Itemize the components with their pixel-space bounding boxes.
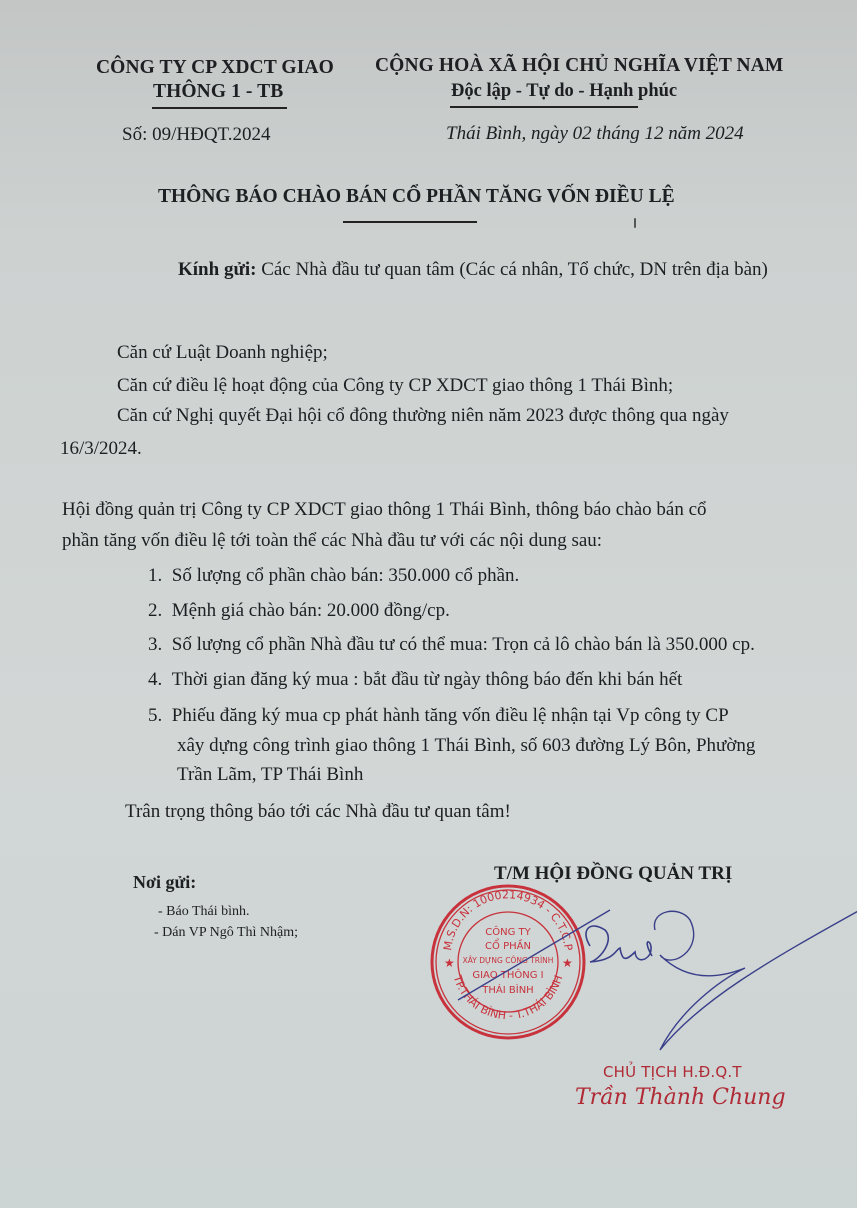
recipient-label: Kính gửi:: [178, 259, 256, 280]
document-number: Số: 09/HĐQT.2024: [122, 124, 270, 146]
list-item: 1. Số lượng cổ phần chào bán: 350.000 cổ…: [148, 565, 519, 587]
list-item: 2. Mệnh giá chào bán: 20.000 đồng/cp.: [148, 600, 450, 622]
document-title: THÔNG BÁO CHÀO BÁN CỔ PHẦN TĂNG VỐN ĐIỀU…: [158, 186, 675, 208]
recipient-line: Kính gửi: Các Nhà đầu tư quan tâm (Các c…: [178, 259, 768, 281]
intro-line-1: Hội đồng quản trị Công ty CP XDCT giao t…: [62, 499, 707, 521]
list-item-cont: xây dựng công trình giao thông 1 Thái Bì…: [177, 735, 755, 757]
basis-3-cont: 16/3/2024.: [60, 438, 142, 460]
intro-line-2: phần tăng vốn điều lệ tới toàn thể các N…: [62, 530, 602, 552]
place-date: Thái Bình, ngày 02 tháng 12 năm 2024: [446, 123, 744, 145]
nation-motto: Độc lập - Tự do - Hạnh phúc: [451, 81, 677, 102]
list-item-cont: Trần Lãm, TP Thái Bình: [177, 764, 363, 786]
handwritten-signature: [440, 890, 857, 1070]
list-item: 5. Phiếu đăng ký mua cp phát hành tăng v…: [148, 705, 729, 727]
basis-1: Căn cứ Luật Doanh nghiệp;: [117, 342, 328, 364]
recipient-text: Các Nhà đầu tư quan tâm (Các cá nhân, Tổ…: [261, 259, 768, 280]
ink-speck: [634, 218, 636, 228]
company-name-line2: THÔNG 1 - TB: [153, 81, 283, 103]
recipient-item: - Báo Thái bình.: [158, 904, 250, 920]
title-underline: [343, 221, 477, 223]
company-underline: [152, 107, 287, 109]
chairman-title: CHỦ TỊCH H.Đ.Q.T: [603, 1063, 742, 1081]
basis-3: Căn cứ Nghị quyết Đại hội cổ đông thường…: [117, 405, 729, 427]
company-name-line1: CÔNG TY CP XDCT GIAO: [96, 57, 334, 79]
list-item: 4. Thời gian đăng ký mua : bắt đầu từ ng…: [148, 669, 682, 691]
chairman-name: Trần Thành Chung: [575, 1085, 786, 1110]
basis-2: Căn cứ điều lệ hoạt động của Công ty CP …: [117, 375, 673, 397]
motto-underline: [450, 106, 638, 108]
list-item: 3. Số lượng cổ phần Nhà đầu tư có thể mu…: [148, 634, 755, 656]
recipient-item: - Dán VP Ngô Thì Nhậm;: [154, 925, 298, 941]
closing-text: Trân trọng thông báo tới các Nhà đầu tư …: [125, 801, 511, 823]
recipients-label: Nơi gửi:: [133, 872, 196, 893]
nation-title: CỘNG HOÀ XÃ HỘI CHỦ NGHĨA VIỆT NAM: [375, 55, 783, 77]
